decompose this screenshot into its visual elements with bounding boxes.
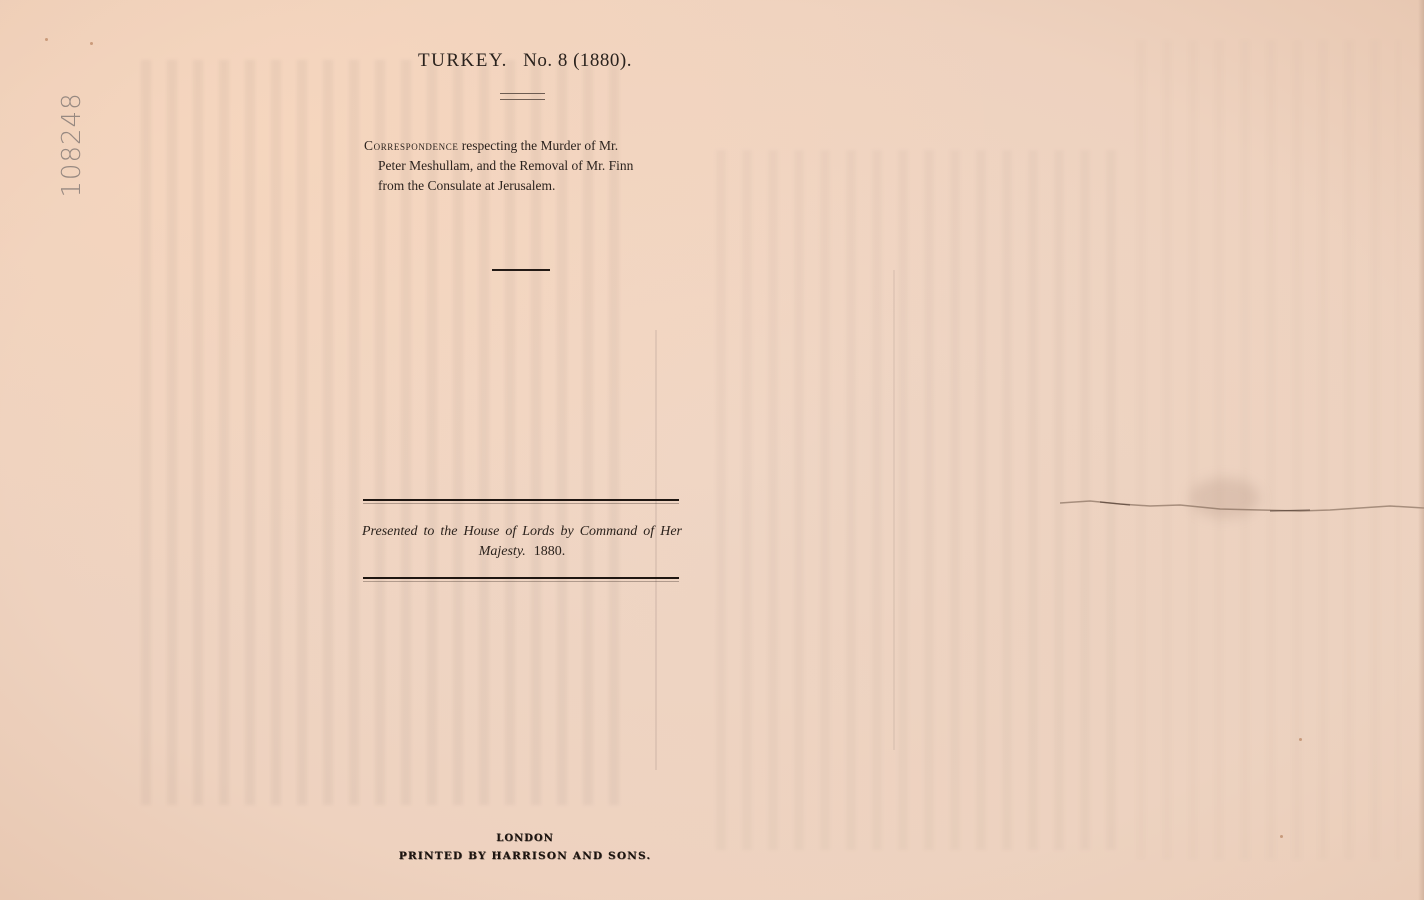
presentation-text: Presented to the House of Lords by Comma… bbox=[362, 524, 682, 559]
subject-line2: Peter Meshullam, and the Removal of Mr. … bbox=[364, 156, 682, 176]
handwritten-catalog-number: 108248 bbox=[42, 90, 102, 200]
presentation-year: 1880. bbox=[534, 544, 566, 559]
double-rule bbox=[500, 93, 545, 100]
presentation-bottom-rule bbox=[363, 577, 679, 579]
show-through-rule-right bbox=[893, 270, 895, 750]
title-series: TURKEY. bbox=[418, 50, 508, 71]
subject-line1: respecting the Murder of Mr. bbox=[462, 138, 618, 153]
document-title: TURKEY. No. 8 (1880). bbox=[400, 50, 650, 72]
foxing-spot bbox=[90, 42, 93, 45]
document-subject: Correspondence respecting the Murder of … bbox=[364, 136, 682, 196]
presentation-top-rule bbox=[363, 499, 679, 501]
title-number: No. 8 (1880). bbox=[523, 50, 632, 71]
section-divider bbox=[492, 269, 550, 271]
foxing-spot bbox=[45, 38, 48, 41]
imprint-city: LONDON bbox=[395, 833, 655, 844]
imprint-printer: PRINTED BY HARRISON AND SONS. bbox=[395, 850, 655, 862]
page-edge bbox=[1418, 0, 1424, 900]
foxing-spot bbox=[1280, 835, 1283, 838]
presentation-statement: Presented to the House of Lords by Comma… bbox=[362, 522, 682, 562]
printer-imprint: LONDON PRINTED BY HARRISON AND SONS. bbox=[395, 833, 655, 862]
paper-crease bbox=[1060, 497, 1424, 515]
subject-lead: Correspondence bbox=[364, 138, 458, 153]
reverse-text-bleed-right bbox=[700, 150, 1120, 850]
foxing-spot bbox=[1299, 738, 1302, 741]
reverse-text-bleed-far-right bbox=[1120, 40, 1400, 860]
subject-line3: from the Consulate at Jerusalem. bbox=[364, 176, 682, 196]
